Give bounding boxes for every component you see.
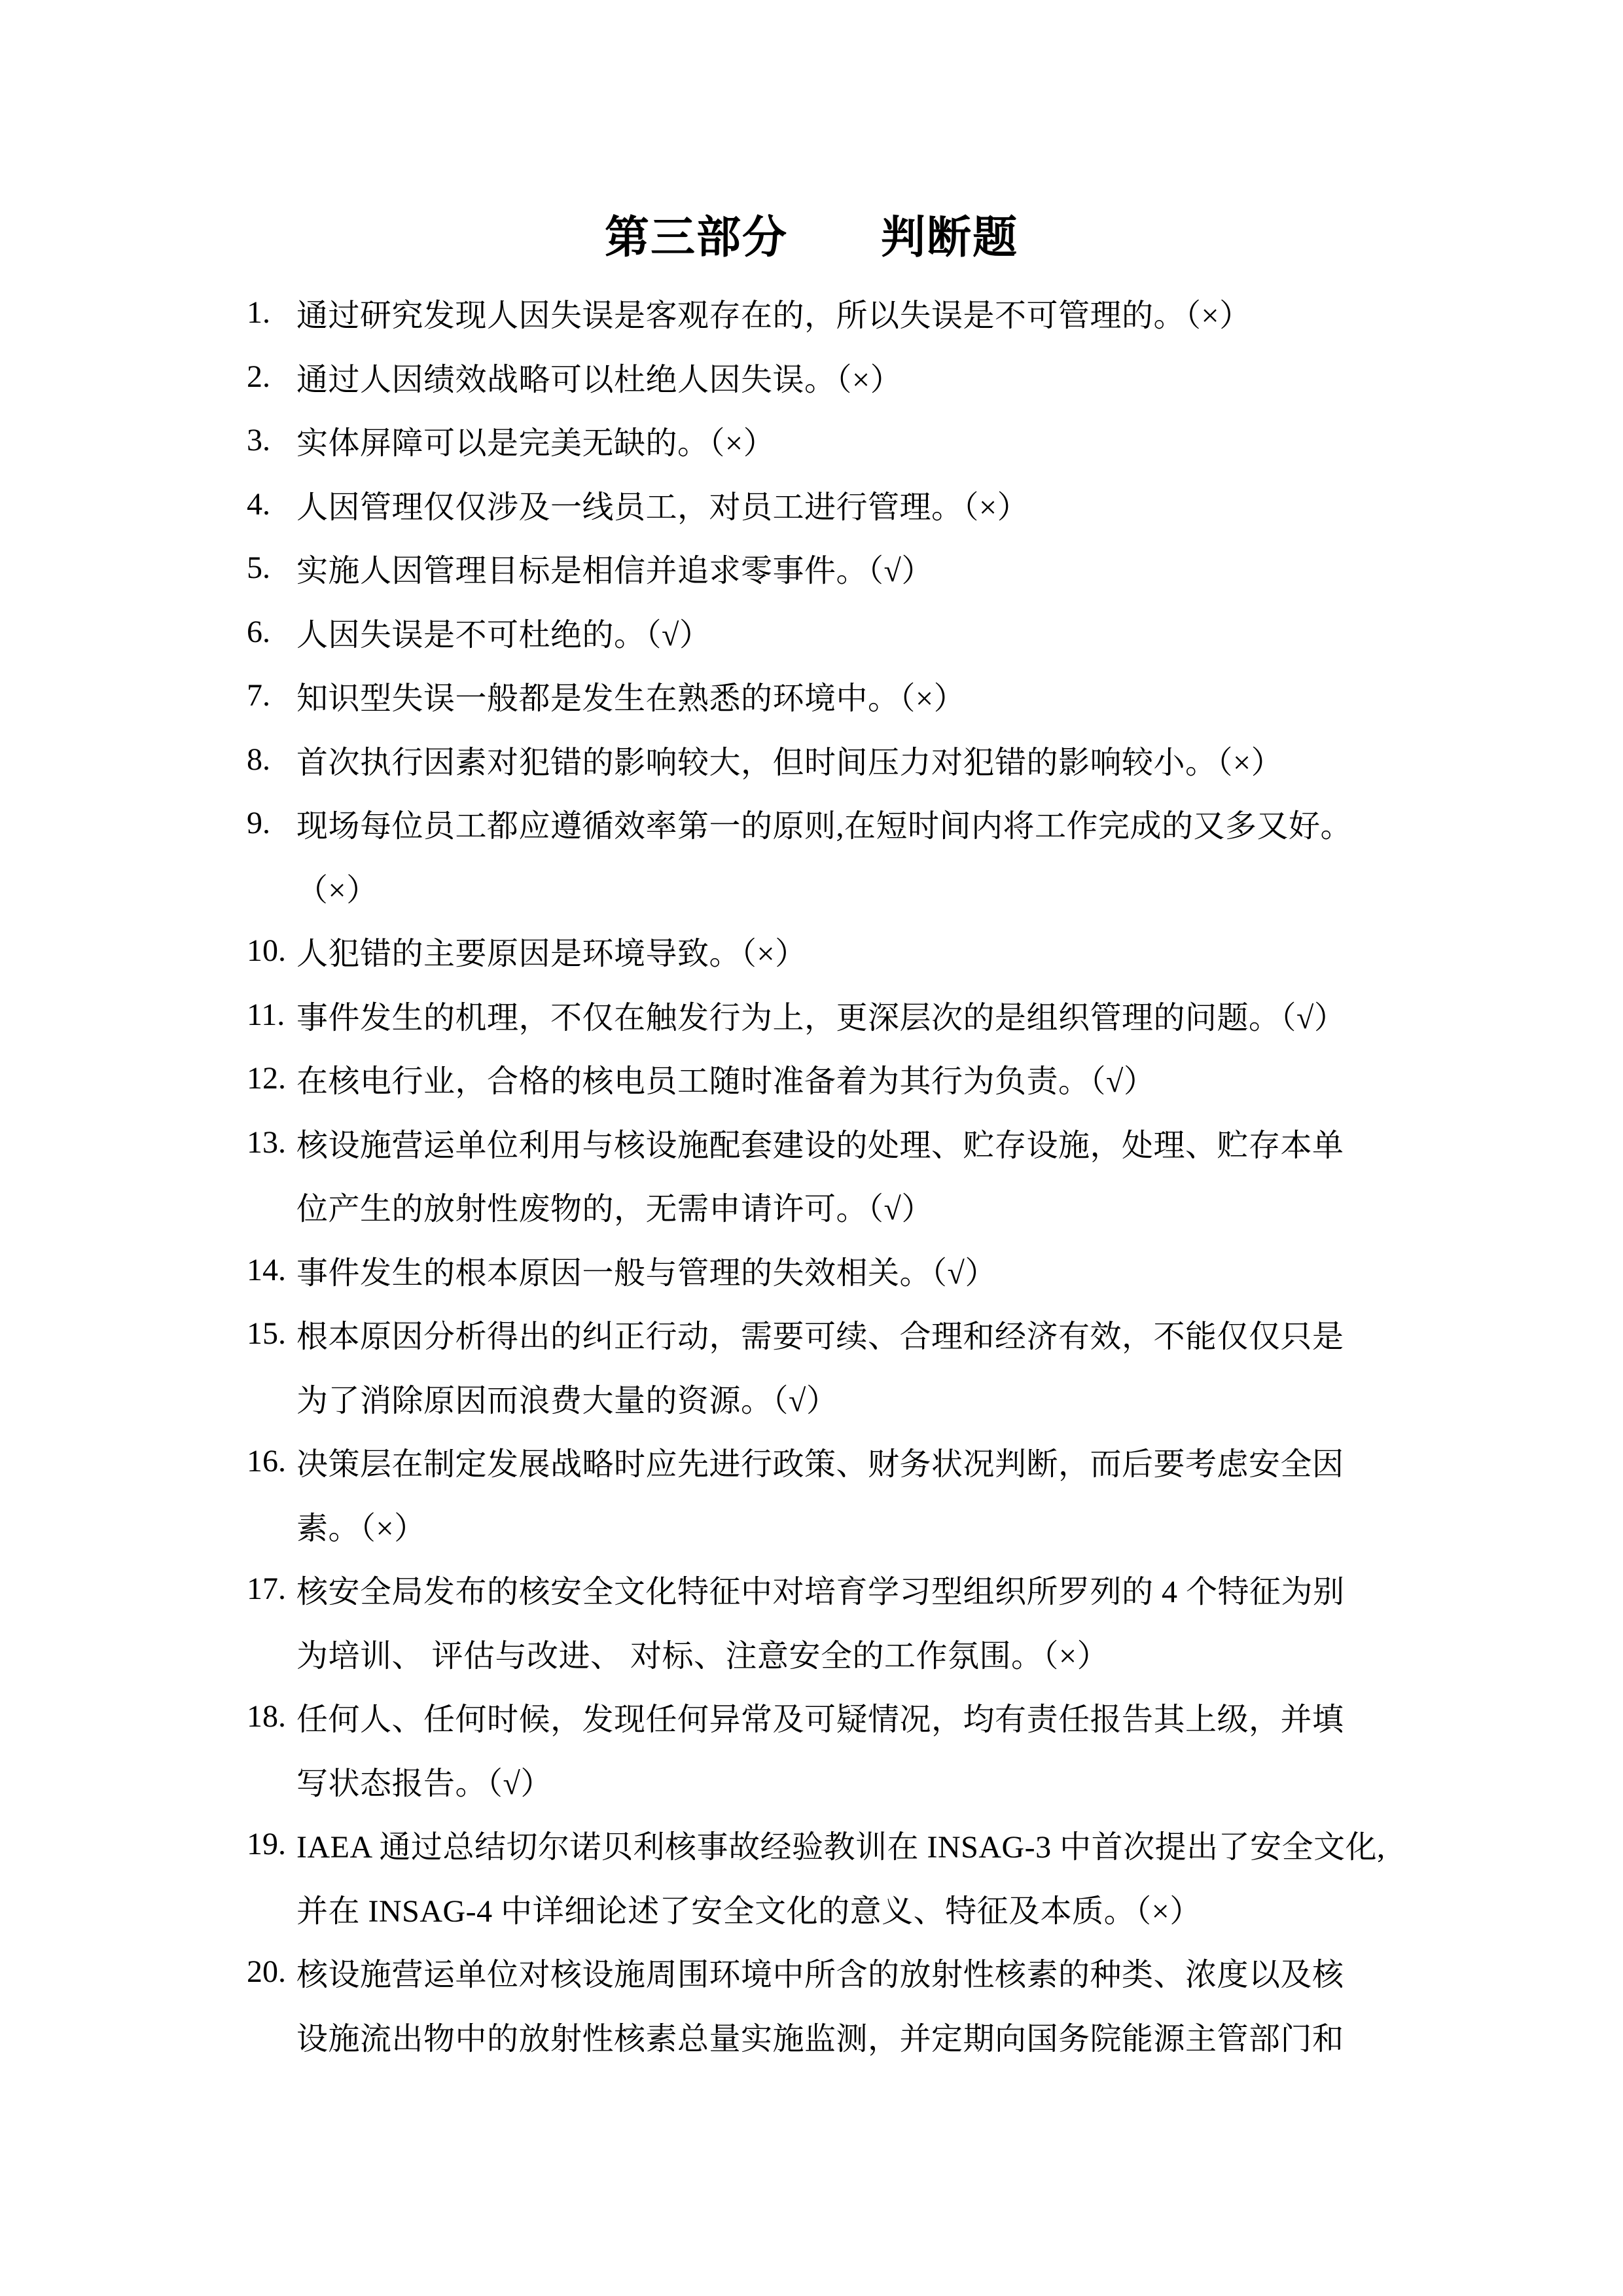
question-number: 20. — [247, 1940, 296, 2004]
question-item-20: 20. 核设施营运单位对核设施周围环境中所含的放射性核素的种类、浓度以及核 设施… — [247, 1940, 1418, 2068]
page-title: 第三部分 判断题 — [0, 215, 1623, 260]
question-text-line: 写状态报告。（√） — [296, 1749, 1418, 1813]
question-item-5: 5. 实施人因管理目标是相信并追求零事件。（√） — [247, 536, 1418, 600]
question-text-line: 位产生的放射性废物的，无需申请许可。（√） — [296, 1174, 1418, 1238]
question-text-line: 人犯错的主要原因是环境导致。（×） — [296, 919, 1418, 983]
question-number: 12. — [247, 1047, 296, 1111]
question-number: 19. — [247, 1812, 296, 1876]
question-item-6: 6. 人因失误是不可杜绝的。（√） — [247, 600, 1418, 664]
question-number: 18. — [247, 1685, 296, 1749]
question-text-line: 核安全局发布的核安全文化特征中对培育学习型组织所罗列的 4 个特征为别 — [296, 1557, 1418, 1621]
question-number: 16. — [247, 1429, 296, 1494]
question-number: 4. — [247, 473, 296, 537]
question-item-19: 19. IAEA 通过总结切尔诺贝利核事故经验教训在 INSAG-3 中首次提出… — [247, 1812, 1418, 1940]
question-item-10: 10. 人犯错的主要原因是环境导致。（×） — [247, 919, 1418, 983]
question-number: 7. — [247, 664, 296, 728]
question-text-line: 核设施营运单位对核设施周围环境中所含的放射性核素的种类、浓度以及核 — [296, 1940, 1418, 2004]
question-text-line: 并在 INSAG-4 中详细论述了安全文化的意义、特征及本质。（×） — [296, 1876, 1418, 1941]
question-number: 3. — [247, 408, 296, 473]
question-text-line: 任何人、任何时候，发现任何异常及可疑情况，均有责任报告其上级，并填 — [296, 1685, 1418, 1749]
question-item-12: 12. 在核电行业，合格的核电员工随时准备着为其行为负责。（√） — [247, 1047, 1418, 1111]
question-text-line: （×） — [296, 855, 1418, 920]
question-number: 17. — [247, 1557, 296, 1621]
question-item-2: 2. 通过人因绩效战略可以杜绝人因失误。（×） — [247, 345, 1418, 409]
question-text-line: 实体屏障可以是完美无缺的。（×） — [296, 408, 1418, 473]
question-item-11: 11. 事件发生的机理，不仅在触发行为上，更深层次的是组织管理的问题。（√） — [247, 983, 1418, 1047]
page-title-type: 判断题 — [881, 215, 1018, 260]
question-item-15: 15. 根本原因分析得出的纠正行动，需要可续、合理和经济有效，不能仅仅只是 为了… — [247, 1302, 1418, 1429]
question-item-17: 17. 核安全局发布的核安全文化特征中对培育学习型组织所罗列的 4 个特征为别 … — [247, 1557, 1418, 1685]
question-number: 14. — [247, 1238, 296, 1302]
question-text-line: 根本原因分析得出的纠正行动，需要可续、合理和经济有效，不能仅仅只是 — [296, 1302, 1418, 1366]
question-text-line: 为了消除原因而浪费大量的资源。（√） — [296, 1366, 1418, 1430]
question-number: 11. — [247, 983, 296, 1047]
question-number: 9. — [247, 791, 296, 855]
question-number: 5. — [247, 536, 296, 600]
question-text-line: 通过研究发现人因失误是客观存在的，所以失误是不可管理的。（×） — [296, 281, 1418, 345]
question-number: 10. — [247, 919, 296, 983]
question-item-14: 14. 事件发生的根本原因一般与管理的失效相关。（√） — [247, 1238, 1418, 1302]
question-number: 2. — [247, 345, 296, 409]
question-text-line: 事件发生的根本原因一般与管理的失效相关。（√） — [296, 1238, 1418, 1302]
question-text-line: 现场每位员工都应遵循效率第一的原则,在短时间内将工作完成的又多又好。 — [296, 791, 1418, 855]
question-text-line: 设施流出物中的放射性核素总量实施监测，并定期向国务院能源主管部门和 — [296, 2004, 1418, 2068]
question-text-line: 决策层在制定发展战略时应先进行政策、财务状况判断，而后要考虑安全因 — [296, 1429, 1418, 1494]
question-text-line: 在核电行业，合格的核电员工随时准备着为其行为负责。（√） — [296, 1047, 1418, 1111]
question-item-1: 1. 通过研究发现人因失误是客观存在的，所以失误是不可管理的。（×） — [247, 281, 1418, 345]
question-text-line: IAEA 通过总结切尔诺贝利核事故经验教训在 INSAG-3 中首次提出了安全文… — [296, 1812, 1418, 1876]
question-text-line: 通过人因绩效战略可以杜绝人因失误。（×） — [296, 345, 1418, 409]
question-number: 13. — [247, 1111, 296, 1175]
question-item-3: 3. 实体屏障可以是完美无缺的。（×） — [247, 408, 1418, 473]
question-text-line: 人因管理仅仅涉及一线员工，对员工进行管理。（×） — [296, 473, 1418, 537]
question-item-7: 7. 知识型失误一般都是发生在熟悉的环境中。（×） — [247, 664, 1418, 728]
question-number: 6. — [247, 600, 296, 664]
question-list: 1. 通过研究发现人因失误是客观存在的，所以失误是不可管理的。（×） 2. 通过… — [247, 281, 1418, 2068]
question-number: 1. — [247, 281, 296, 345]
question-item-13: 13. 核设施营运单位利用与核设施配套建设的处理、贮存设施，处理、贮存本单 位产… — [247, 1111, 1418, 1238]
question-text-line: 核设施营运单位利用与核设施配套建设的处理、贮存设施，处理、贮存本单 — [296, 1111, 1418, 1175]
question-item-4: 4. 人因管理仅仅涉及一线员工，对员工进行管理。（×） — [247, 473, 1418, 537]
question-text-line: 实施人因管理目标是相信并追求零事件。（√） — [296, 536, 1418, 600]
question-text-line: 知识型失误一般都是发生在熟悉的环境中。（×） — [296, 664, 1418, 728]
question-text-line: 事件发生的机理，不仅在触发行为上，更深层次的是组织管理的问题。（√） — [296, 983, 1418, 1047]
document-page: 第三部分 判断题 1. 通过研究发现人因失误是客观存在的，所以失误是不可管理的。… — [0, 0, 1623, 2296]
question-number: 8. — [247, 728, 296, 792]
question-text-line: 为培训、 评估与改进、 对标、注意安全的工作氛围。（×） — [296, 1621, 1418, 1685]
page-title-section: 第三部分 — [605, 215, 788, 260]
question-text-line: 素。（×） — [296, 1494, 1418, 1558]
question-text-line: 人因失误是不可杜绝的。（√） — [296, 600, 1418, 664]
question-item-9: 9. 现场每位员工都应遵循效率第一的原则,在短时间内将工作完成的又多又好。 （×… — [247, 791, 1418, 919]
question-item-16: 16. 决策层在制定发展战略时应先进行政策、财务状况判断，而后要考虑安全因 素。… — [247, 1429, 1418, 1557]
question-text-line: 首次执行因素对犯错的影响较大，但时间压力对犯错的影响较小。（×） — [296, 728, 1418, 792]
question-item-18: 18. 任何人、任何时候，发现任何异常及可疑情况，均有责任报告其上级，并填 写状… — [247, 1685, 1418, 1812]
question-item-8: 8. 首次执行因素对犯错的影响较大，但时间压力对犯错的影响较小。（×） — [247, 728, 1418, 792]
question-number: 15. — [247, 1302, 296, 1366]
